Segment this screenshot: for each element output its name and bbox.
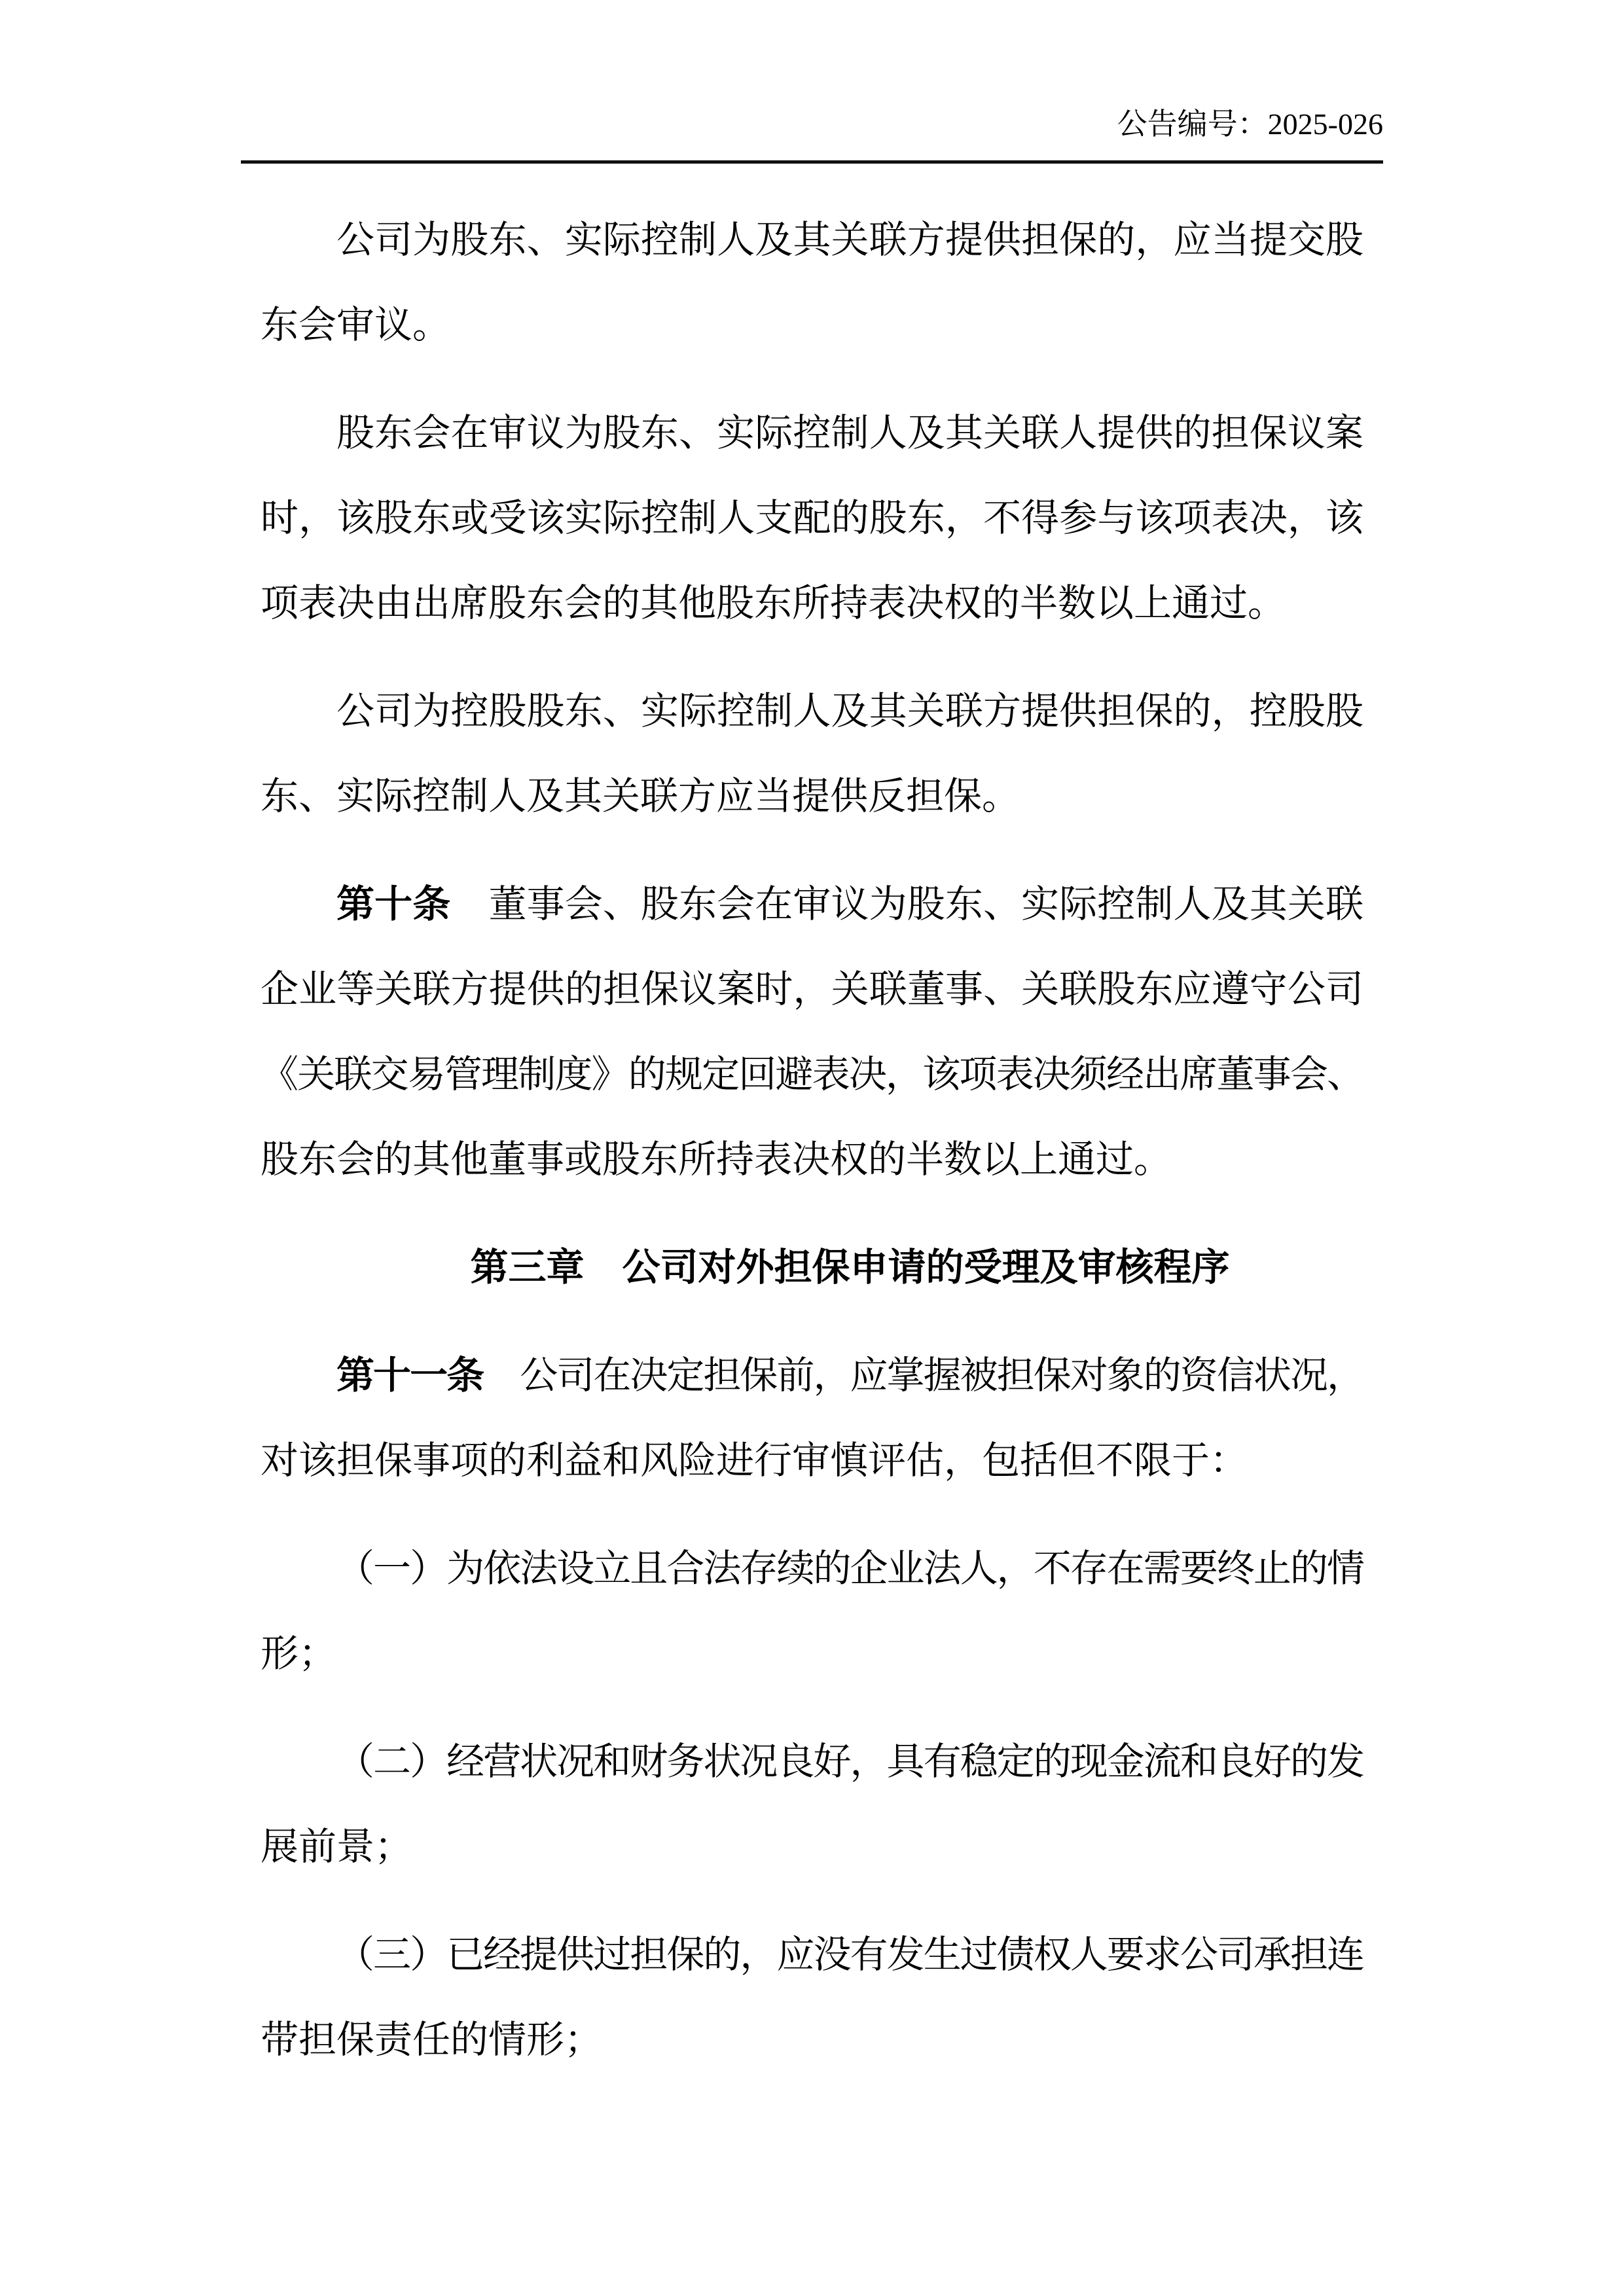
line-text: （三）已经提供过担保的，应没有发生过债权人要求公司承担连 — [336, 1933, 1363, 1976]
text-line: 对该担保事项的利益和风险进行审慎评估，包括但不限于： — [261, 1418, 1363, 1503]
article-number: 第十条 — [336, 883, 450, 925]
text-line: 东、实际控制人及其关联方应当提供反担保。 — [261, 754, 1363, 839]
text-line: （一）为依法设立且合法存续的企业法人，不存在需要终止的情 — [261, 1526, 1363, 1611]
line-text: 东、实际控制人及其关联方应当提供反担保。 — [261, 775, 1020, 817]
line-text: 董事会、股东会在审议为股东、实际控制人及其关联 — [450, 883, 1363, 925]
list-item: （三）已经提供过担保的，应没有发生过债权人要求公司承担连 带担保责任的情形； — [261, 1912, 1363, 2083]
text-line: 项表决由出席股东会的其他股东所持表决权的半数以上通过。 — [261, 561, 1363, 646]
chapter-heading-text: 第三章 公司对外担保申请的受理及审核程序 — [470, 1246, 1229, 1289]
line-text: 公司为股东、实际控制人及其关联方提供担保的，应当提交股 — [336, 219, 1363, 261]
document-page: 公告编号：2025-026 公司为股东、实际控制人及其关联方提供担保的，应当提交… — [0, 0, 1624, 2296]
line-text: 企业等关联方提供的担保议案时，关联董事、关联股东应遵守公司 — [261, 968, 1363, 1011]
line-text: 项表决由出席股东会的其他股东所持表决权的半数以上通过。 — [261, 582, 1286, 624]
text-line: 股东会的其他董事或股东所持表决权的半数以上通过。 — [261, 1117, 1363, 1202]
paragraph: 股东会在审议为股东、实际控制人及其关联人提供的担保议案 时，该股东或受该实际控制… — [261, 391, 1363, 646]
line-text: 东会审议。 — [261, 304, 450, 346]
header-rule — [241, 160, 1383, 164]
text-line: 公司为控股股东、实际控制人及其关联方提供担保的，控股股 — [261, 669, 1363, 754]
text-line: （三）已经提供过担保的，应没有发生过债权人要求公司承担连 — [261, 1912, 1363, 1998]
text-line: 《关联交易管理制度》的规定回避表决，该项表决须经出席董事会、 — [261, 1032, 1363, 1117]
chapter-heading: 第三章 公司对外担保申请的受理及审核程序 — [261, 1225, 1363, 1310]
paragraph: 第十一条 公司在决定担保前，应掌握被担保对象的资信状况， 对该担保事项的利益和风… — [261, 1333, 1363, 1503]
text-line: 形； — [261, 1611, 1363, 1696]
text-line: 展前景； — [261, 1804, 1363, 1890]
article-number: 第十一条 — [336, 1354, 483, 1397]
line-text: 《关联交易管理制度》的规定回避表决，该项表决须经出席董事会、 — [261, 1053, 1363, 1096]
page-header: 公告编号：2025-026 — [241, 103, 1383, 145]
chapter-heading-block: 第三章 公司对外担保申请的受理及审核程序 — [261, 1225, 1363, 1310]
paragraph: 公司为控股股东、实际控制人及其关联方提供担保的，控股股 东、实际控制人及其关联方… — [261, 669, 1363, 839]
text-line: （二）经营状况和财务状况良好，具有稳定的现金流和良好的发 — [261, 1719, 1363, 1804]
text-line: 时，该股东或受该实际控制人支配的股东，不得参与该项表决，该 — [261, 476, 1363, 561]
line-text: 公司为控股股东、实际控制人及其关联方提供担保的，控股股 — [336, 690, 1363, 732]
line-text: 时，该股东或受该实际控制人支配的股东，不得参与该项表决，该 — [261, 497, 1363, 539]
line-text: 股东会在审议为股东、实际控制人及其关联人提供的担保议案 — [336, 412, 1363, 454]
text-line: 带担保责任的情形； — [261, 1998, 1363, 2083]
text-line: 企业等关联方提供的担保议案时，关联董事、关联股东应遵守公司 — [261, 947, 1363, 1032]
line-text: 股东会的其他董事或股东所持表决权的半数以上通过。 — [261, 1138, 1172, 1181]
line-text: （一）为依法设立且合法存续的企业法人，不存在需要终止的情 — [336, 1547, 1363, 1590]
document-body: 公司为股东、实际控制人及其关联方提供担保的，应当提交股 东会审议。 股东会在审议… — [261, 198, 1363, 2083]
doc-number: 公告编号：2025-026 — [1117, 107, 1383, 141]
line-text: 展前景； — [261, 1825, 412, 1868]
text-line: 公司为股东、实际控制人及其关联方提供担保的，应当提交股 — [261, 198, 1363, 283]
line-text: （二）经营状况和财务状况良好，具有稳定的现金流和良好的发 — [336, 1740, 1363, 1783]
line-text: 带担保责任的情形； — [261, 2018, 602, 2061]
line-text: 公司在决定担保前，应掌握被担保对象的资信状况， — [483, 1354, 1363, 1397]
text-line: 股东会在审议为股东、实际控制人及其关联人提供的担保议案 — [261, 391, 1363, 476]
line-text: 形； — [261, 1632, 336, 1675]
text-line: 第十条 董事会、股东会在审议为股东、实际控制人及其关联 — [261, 862, 1363, 947]
text-line: 第十一条 公司在决定担保前，应掌握被担保对象的资信状况， — [261, 1333, 1363, 1418]
list-item: （二）经营状况和财务状况良好，具有稳定的现金流和良好的发 展前景； — [261, 1719, 1363, 1890]
list-item: （一）为依法设立且合法存续的企业法人，不存在需要终止的情 形； — [261, 1526, 1363, 1696]
line-text: 对该担保事项的利益和风险进行审慎评估，包括但不限于： — [261, 1439, 1248, 1482]
paragraph: 公司为股东、实际控制人及其关联方提供担保的，应当提交股 东会审议。 — [261, 198, 1363, 368]
paragraph: 第十条 董事会、股东会在审议为股东、实际控制人及其关联 企业等关联方提供的担保议… — [261, 862, 1363, 1202]
text-line: 东会审议。 — [261, 283, 1363, 368]
